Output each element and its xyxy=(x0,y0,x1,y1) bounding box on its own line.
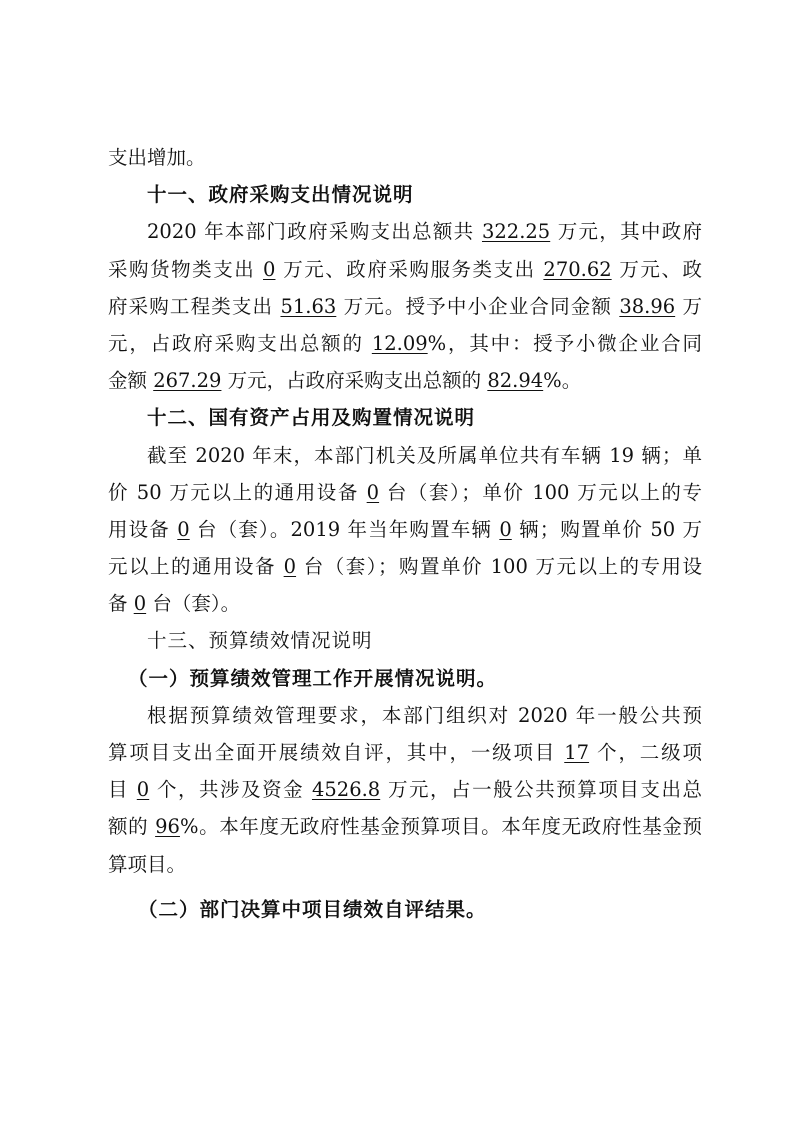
s12-line-5: 备 0 台（套）。 xyxy=(108,585,702,622)
document-page: 支出增加。 十一、政府采购支出情况说明 2020 年本部门政府采购支出总额共 3… xyxy=(108,139,702,928)
s13-line-4: 额的 96%。本年度无政府性基金预算项目。本年度无政府性基金预 xyxy=(108,808,702,845)
section-13-1-heading: （一）预算绩效管理工作开展情况说明。 xyxy=(108,660,702,697)
s11-line-4: 元，占政府采购支出总额的 12.09%，其中：授予小微企业合同 xyxy=(108,325,702,362)
paragraph-tail: 支出增加。 xyxy=(108,139,702,176)
s12-line-1: 截至 2020 年末，本部门机关及所属单位共有车辆 19 辆；单 xyxy=(108,437,702,474)
level2-projects-count: 0 xyxy=(137,778,149,801)
s13-line-1: 根据预算绩效管理要求，本部门组织对 2020 年一般公共预 xyxy=(108,697,702,734)
s13-line-3: 目 0 个，共涉及资金 4526.8 万元，占一般公共预算项目支出总 xyxy=(108,771,702,808)
micro-pct-value: 82.94 xyxy=(487,369,543,392)
micro-amount-value: 267.29 xyxy=(153,369,221,392)
s12-line-4: 元以上的通用设备 0 台（套）；购置单价 100 万元以上的专用设 xyxy=(108,548,702,585)
funds-pct-value: 96 xyxy=(155,815,180,838)
sme-pct-value: 12.09 xyxy=(372,332,428,355)
vehicles-purchased-count: 0 xyxy=(499,518,511,541)
procurement-total-value: 322.25 xyxy=(482,220,550,243)
special-equipment-count: 0 xyxy=(177,518,189,541)
s11-line-5: 金额 267.29 万元，占政府采购支出总额的 82.94%。 xyxy=(108,362,702,399)
services-value: 270.62 xyxy=(543,258,611,281)
level1-projects-count: 17 xyxy=(564,741,589,764)
s12-line-3: 用设备 0 台（套）。2019 年当年购置车辆 0 辆；购置单价 50 万 xyxy=(108,511,702,548)
s11-line-3: 府采购工程类支出 51.63 万元。授予中小企业合同金额 38.96 万 xyxy=(108,288,702,325)
section-13-heading: 十三、预算绩效情况说明 xyxy=(108,622,702,659)
purchased-special-equipment-count: 0 xyxy=(134,592,146,615)
general-equipment-count: 0 xyxy=(367,481,379,504)
engineering-value: 51.63 xyxy=(280,295,336,318)
s13-line-2: 算项目支出全面开展绩效自评，其中，一级项目 17 个，二级项 xyxy=(108,734,702,771)
s13-line-5: 算项目。 xyxy=(108,846,702,883)
goods-value: 0 xyxy=(263,258,275,281)
section-12-heading: 十二、国有资产占用及购置情况说明 xyxy=(108,399,702,436)
section-11-heading: 十一、政府采购支出情况说明 xyxy=(108,176,702,213)
section-13-2-heading: （二）部门决算中项目绩效自评结果。 xyxy=(108,891,702,928)
s11-line-2: 采购货物类支出 0 万元、政府采购服务类支出 270.62 万元、政 xyxy=(108,251,702,288)
funds-value: 4526.8 xyxy=(312,778,380,801)
s11-line-1: 2020 年本部门政府采购支出总额共 322.25 万元，其中政府 xyxy=(108,213,702,250)
s12-line-2: 价 50 万元以上的通用设备 0 台（套）；单价 100 万元以上的专 xyxy=(108,474,702,511)
sme-amount-value: 38.96 xyxy=(619,295,675,318)
purchased-general-equipment-count: 0 xyxy=(284,555,296,578)
